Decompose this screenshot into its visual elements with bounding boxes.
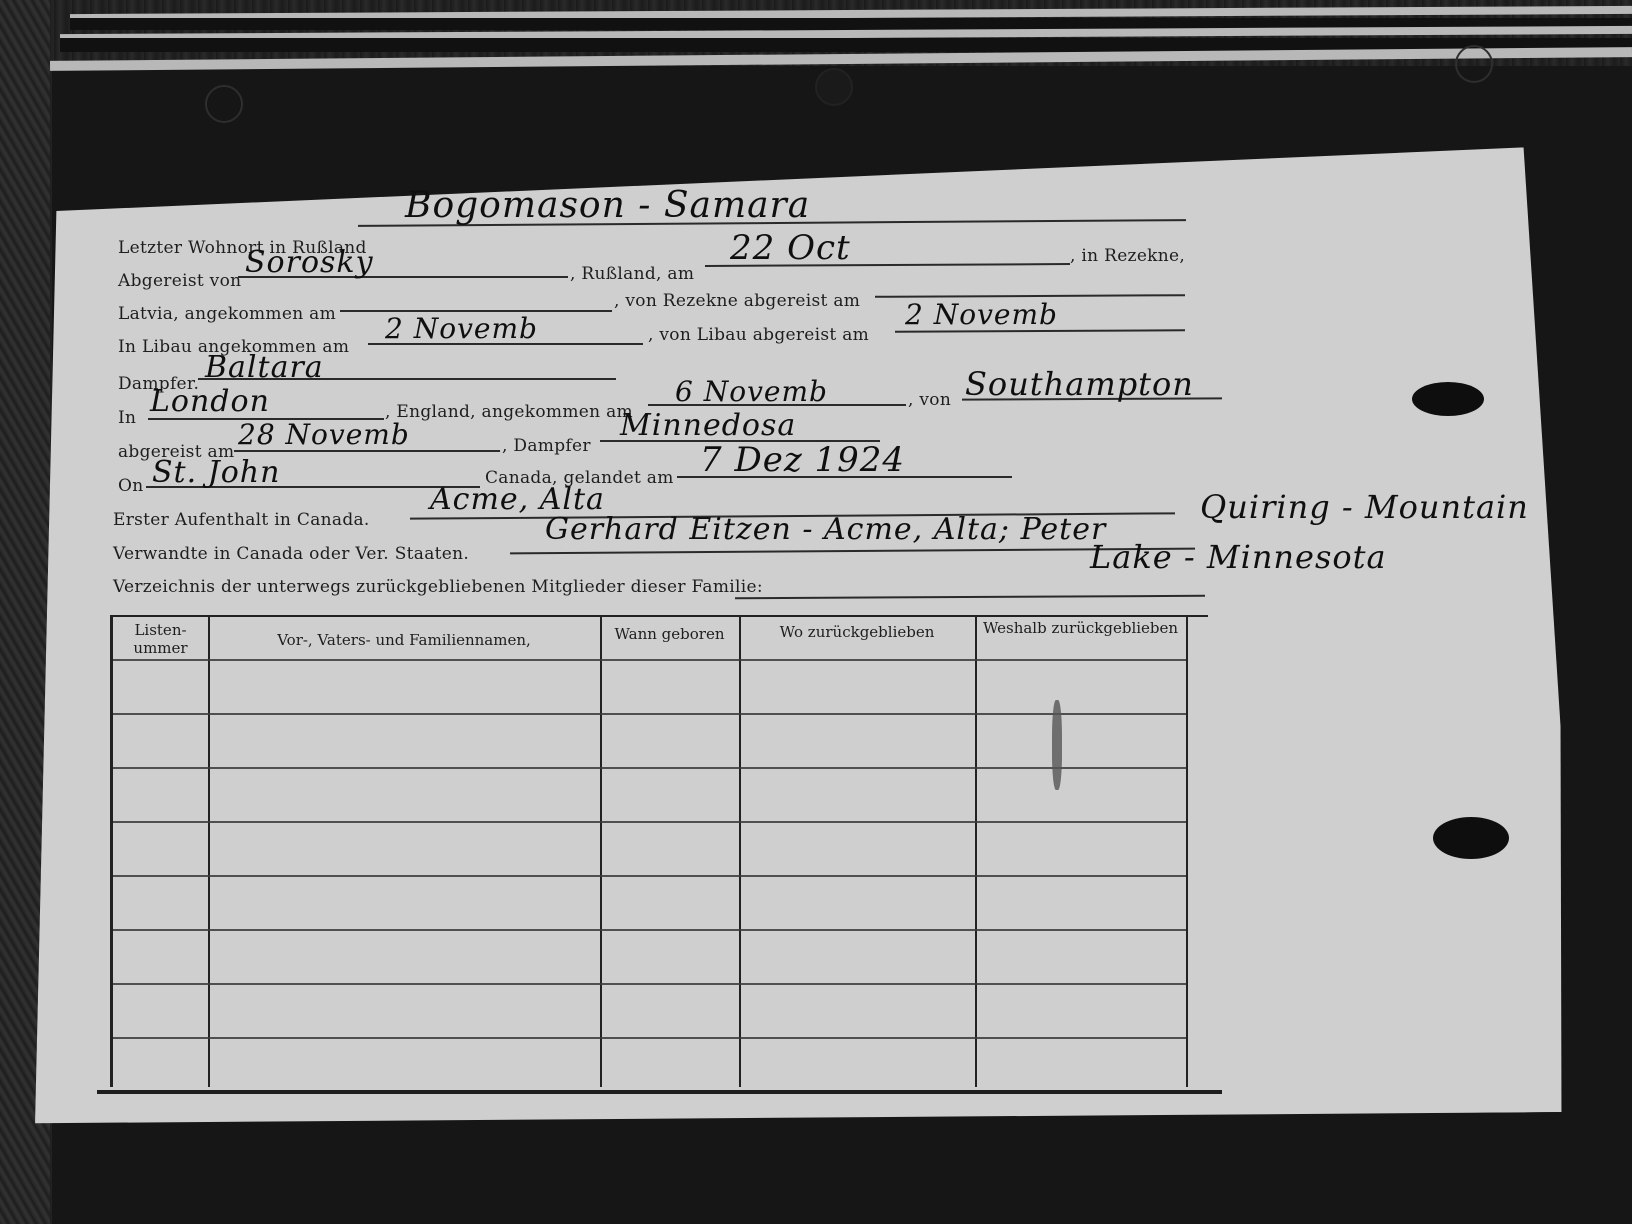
punch-hole-middle	[815, 68, 853, 106]
table-row-line	[113, 767, 1186, 769]
table-row-line	[113, 659, 1186, 661]
value-relatives-line2: Lake - Minnesota	[1090, 538, 1387, 576]
value-steamer-1: Baltara	[205, 350, 324, 385]
value-canada-landed: 7 Dez 1924	[700, 440, 905, 480]
label-list-heading: Verzeichnis der unterwegs zurückgebliebe…	[113, 577, 763, 597]
label-latvia-arrived: Latvia, angekommen am	[118, 304, 336, 324]
label-rezekne-departed: , von Rezekne abgereist am	[614, 291, 860, 311]
label-in-rezekne: , in Rezekne,	[1070, 246, 1185, 266]
label-steamer-2: , Dampfer	[502, 436, 591, 456]
header-why-left: Weshalb zurückgeblieben	[975, 619, 1186, 637]
label-first-stay: Erster Aufenthalt in Canada.	[113, 510, 370, 530]
table-row-line	[113, 929, 1186, 931]
value-departed-from: Sorosky	[245, 245, 374, 280]
value-england-port: London	[150, 384, 270, 419]
label-relatives: Verwandte in Canada oder Ver. Staaten.	[113, 544, 469, 564]
table-row-line	[113, 875, 1186, 877]
left-behind-members-table: Listen- ummer Vor-, Vaters- und Familien…	[110, 615, 1208, 1087]
ink-blot-upper	[1412, 382, 1484, 416]
table-row-line	[113, 1037, 1186, 1039]
label-libau-departed: , von Libau abgereist am	[648, 325, 869, 345]
col-divider-1	[208, 617, 210, 1087]
label-at: On	[118, 476, 144, 496]
value-departed-date: 28 Novemb	[238, 418, 410, 451]
value-relatives-line1: Gerhard Eitzen - Acme, Alta; Peter	[545, 512, 1106, 547]
value-from-port: Southampton	[965, 365, 1194, 403]
value-england-arrived: 6 Novemb	[675, 375, 828, 408]
header-names: Vor-, Vaters- und Familiennamen,	[208, 631, 600, 649]
label-england-arrived: , England, angekommen am	[385, 402, 633, 422]
value-libau-arrived: 2 Novemb	[385, 312, 538, 345]
punch-hole-left	[205, 85, 243, 123]
table-row-line	[113, 713, 1186, 715]
table-row-line	[113, 821, 1186, 823]
value-russia-date: 22 Oct	[730, 228, 851, 268]
smudge-mark	[1052, 700, 1062, 790]
col-divider-3	[739, 617, 741, 1087]
header-where-left: Wo zurückgeblieben	[739, 623, 975, 641]
header-list-number: Listen- ummer	[113, 621, 208, 657]
header-birth-date: Wann geboren	[600, 625, 739, 643]
label-departed-from: Abgereist von	[118, 271, 241, 291]
value-steamer-2: Minnedosa	[620, 408, 796, 443]
col-divider-2	[600, 617, 602, 1087]
punch-hole-right	[1455, 45, 1493, 83]
value-canada-port: St. John	[152, 455, 280, 490]
col-divider-4	[975, 617, 977, 1087]
label-russia-on: , Rußland, am	[570, 264, 694, 284]
value-libau-departed: 2 Novemb	[905, 298, 1058, 331]
table-row-line	[113, 983, 1186, 985]
label-from: , von	[908, 390, 951, 410]
table-bottom-rule	[97, 1090, 1222, 1094]
value-relatives-line1b: Quiring - Mountain	[1200, 488, 1529, 526]
label-in: In	[118, 408, 136, 428]
ink-blot-lower	[1433, 817, 1509, 859]
col-divider-5	[1186, 617, 1188, 1087]
value-last-residence: Bogomason - Samara	[405, 185, 810, 226]
